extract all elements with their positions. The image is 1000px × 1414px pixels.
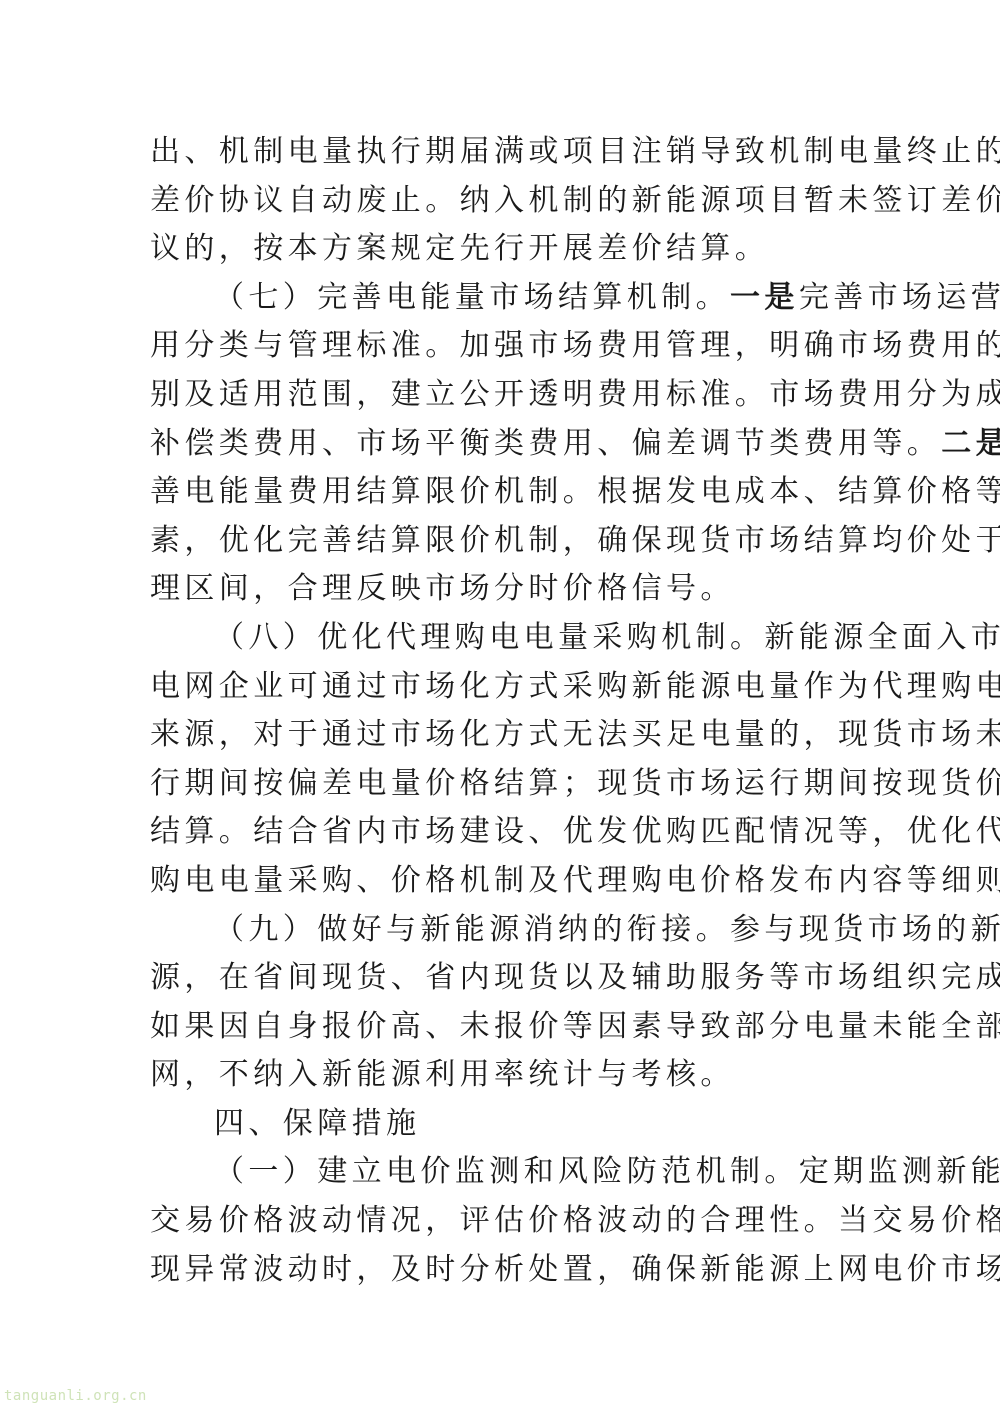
- text-line: 差价协议自动废止。纳入机制的新能源项目暂未签订差价协: [150, 177, 852, 226]
- text-line: 用分类与管理标准。加强市场费用管理，明确市场费用的类: [150, 322, 852, 371]
- text-line: 来源，对于通过市场化方式无法买足电量的，现货市场未运: [150, 711, 852, 760]
- bold-marker: 一是: [730, 280, 799, 315]
- text-line: 别及适用范围，建立公开透明费用标准。市场费用分为成本: [150, 371, 852, 420]
- text-line: 交易价格波动情况，评估价格波动的合理性。当交易价格出: [150, 1197, 852, 1246]
- text-line: 结算。结合省内市场建设、优发优购匹配情况等，优化代理: [150, 808, 852, 857]
- section-heading-9: （九）做好与新能源消纳的衔接。参与现货市场的新能: [150, 906, 852, 955]
- heading-text: （七）完善电能量市场结算机制。: [214, 280, 730, 315]
- watermark: tanguanli.org.cn: [4, 1388, 147, 1404]
- text-line: 补偿类费用、市场平衡类费用、偏差调节类费用等。二是完: [150, 420, 852, 469]
- text-span: 完善市场运营费: [799, 280, 1000, 315]
- document-page: 出、机制电量执行期届满或项目注销导致机制电量终止的， 差价协议自动废止。纳入机制…: [150, 128, 852, 1294]
- text-line: 善电能量费用结算限价机制。根据发电成本、结算价格等因: [150, 468, 852, 517]
- text-line: 议的，按本方案规定先行开展差价结算。: [150, 225, 852, 274]
- section-heading-7: （七）完善电能量市场结算机制。一是完善市场运营费: [150, 274, 852, 323]
- section-heading-8: （八）优化代理购电电量采购机制。新能源全面入市后，: [150, 614, 852, 663]
- text-line: 源，在省间现货、省内现货以及辅助服务等市场组织完成后，: [150, 954, 852, 1003]
- text-line: 网，不纳入新能源利用率统计与考核。: [150, 1051, 852, 1100]
- text-span: 补偿类费用、市场平衡类费用、偏差调节类费用等。: [150, 426, 941, 461]
- text-line: 电网企业可通过市场化方式采购新能源电量作为代理购电: [150, 663, 852, 712]
- chapter-heading-4: 四、保障措施: [150, 1100, 852, 1149]
- text-line: 现异常波动时，及时分析处置，确保新能源上网电价市场化: [150, 1246, 852, 1295]
- section-heading-1: （一）建立电价监测和风险防范机制。定期监测新能源: [150, 1148, 852, 1197]
- text-line: 行期间按偏差电量价格结算；现货市场运行期间按现货价格: [150, 760, 852, 809]
- bold-marker: 二是: [941, 426, 1000, 461]
- text-line: 素，优化完善结算限价机制，确保现货市场结算均价处于合: [150, 517, 852, 566]
- text-line: 理区间，合理反映市场分时价格信号。: [150, 565, 852, 614]
- text-line: 购电电量采购、价格机制及代理购电价格发布内容等细则。: [150, 857, 852, 906]
- text-line: 如果因自身报价高、未报价等因素导致部分电量未能全部上: [150, 1003, 852, 1052]
- text-line: 出、机制电量执行期届满或项目注销导致机制电量终止的，: [150, 128, 852, 177]
